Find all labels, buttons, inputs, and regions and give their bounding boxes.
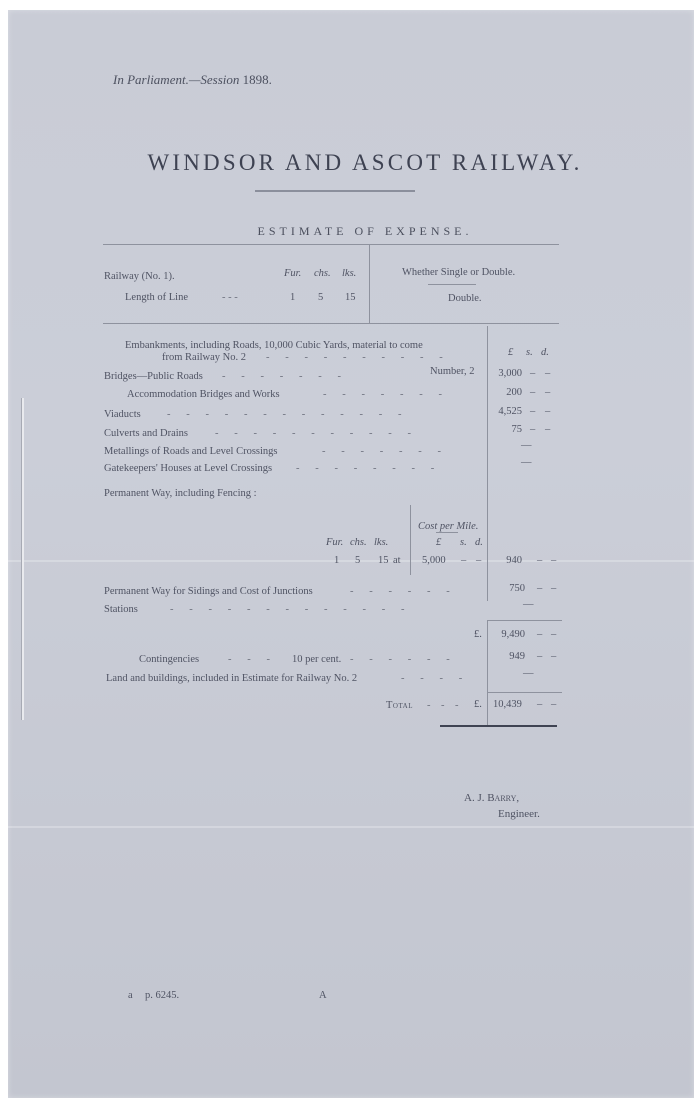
land-label: Land and buildings, included in Estimate… xyxy=(106,673,357,684)
pw-money-shillings: s. xyxy=(460,537,467,548)
item-pence: – xyxy=(545,368,550,379)
leader-dots: - - - - - - - xyxy=(323,389,442,400)
pw-pence: – xyxy=(551,555,556,566)
header-underline xyxy=(428,284,476,285)
pw-length-lks: 15 xyxy=(378,555,389,566)
pw-shillings: – xyxy=(537,555,542,566)
item-label: Permanent Way for Sidings and Cost of Ju… xyxy=(104,586,313,597)
leader-dots: - - - xyxy=(427,700,459,711)
col-header-chs: chs. xyxy=(314,268,331,279)
cost-per-mile-value: 5,000 xyxy=(422,555,446,566)
item-note: Number, 2 xyxy=(430,366,475,377)
session-line: In Parliament.—Session 1898. xyxy=(113,72,272,88)
total-shillings: – xyxy=(537,699,542,710)
item-pence: – xyxy=(545,387,550,398)
item-amount-nil: — xyxy=(523,599,534,610)
permanent-way-label: Permanent Way, including Fencing : xyxy=(104,488,257,499)
engineer-name: A. J. Barry, xyxy=(464,792,519,804)
leader-dots: - - - - - - - - - - xyxy=(266,352,443,363)
table-top-rule xyxy=(103,244,559,245)
title-underline xyxy=(255,190,415,192)
pw-money-pence: d. xyxy=(475,537,483,548)
contingencies-shillings: – xyxy=(537,651,542,662)
money-column-divider xyxy=(487,326,488,601)
subtotal-amount: 9,490 xyxy=(490,629,525,640)
col-header-lks: lks. xyxy=(342,268,356,279)
railway-block-divider xyxy=(369,245,370,323)
land-amount-nil: — xyxy=(523,668,534,679)
leader-dots: - - - xyxy=(222,292,238,303)
leader-dots: - - - - - - - - - - - - - xyxy=(167,409,401,420)
pw-length-fur: 1 xyxy=(334,555,339,566)
money-header-shillings: s. xyxy=(526,347,533,358)
cost-header-underline xyxy=(436,532,458,533)
pw-col-chs: chs. xyxy=(350,537,367,548)
length-of-line-label: Length of Line xyxy=(125,292,188,303)
item-amount: 4,525 xyxy=(490,406,522,417)
cost-per-mile-header: Cost per Mile. xyxy=(418,521,478,532)
contingencies-pence: – xyxy=(551,651,556,662)
item-label: Bridges—Public Roads xyxy=(104,371,203,382)
cost-shillings: – xyxy=(461,555,466,566)
money-header-pounds: £ xyxy=(508,347,513,358)
item-label: Metallings of Roads and Level Crossings xyxy=(104,446,278,457)
item-label: Gatekeepers' Houses at Level Crossings xyxy=(104,463,272,474)
railway-label: Railway (No. 1). xyxy=(104,271,175,282)
item-label: Viaducts xyxy=(104,409,141,420)
pw-amount: 940 xyxy=(490,555,522,566)
item-amount-nil: — xyxy=(521,457,532,468)
pw-money-pounds: £ xyxy=(436,537,441,548)
length-lks: 15 xyxy=(345,292,356,303)
total-label: Total xyxy=(386,700,413,711)
pw-length-chs: 5 xyxy=(355,555,360,566)
item-amount-nil: — xyxy=(521,440,532,451)
session-year: 1898. xyxy=(243,72,272,87)
session-prefix: In Parliament.—Session xyxy=(113,72,239,87)
subtotal-shillings: – xyxy=(537,629,542,640)
pw-at: at xyxy=(393,555,401,566)
item-shillings: – xyxy=(530,368,535,379)
item-label-cont: from Railway No. 2 xyxy=(162,352,246,363)
item-shillings: – xyxy=(530,406,535,417)
total-rule xyxy=(488,692,562,693)
item-label: Embankments, including Roads, 10,000 Cub… xyxy=(125,340,423,351)
item-pence: – xyxy=(551,583,556,594)
pw-col-lks: lks. xyxy=(374,537,388,548)
money-column-divider-lower xyxy=(487,620,488,725)
total-double-rule xyxy=(440,725,557,727)
total-amount: 10,439 xyxy=(493,699,522,710)
leader-dots: - - - - xyxy=(401,673,462,684)
subtotal-pence: – xyxy=(551,629,556,640)
footer-ref: p. 6245. xyxy=(145,990,179,1001)
leader-dots: - - - - - - - - - - - - - xyxy=(170,604,404,615)
signature-title: Engineer. xyxy=(498,808,540,820)
item-label: Stations xyxy=(104,604,138,615)
item-label: Culverts and Drains xyxy=(104,428,188,439)
leader-dots: - - - - - - - xyxy=(322,446,441,457)
cost-pence: – xyxy=(476,555,481,566)
document-title: WINDSOR AND ASCOT RAILWAY. xyxy=(0,150,700,176)
total-pence: – xyxy=(551,699,556,710)
item-amount: 200 xyxy=(490,387,522,398)
contingencies-amount: 949 xyxy=(490,651,525,662)
leader-dots: - - - - - - xyxy=(350,654,450,665)
length-fur: 1 xyxy=(290,292,295,303)
item-amount: 75 xyxy=(490,424,522,435)
item-shillings: – xyxy=(530,424,535,435)
subtotal-rule xyxy=(488,620,562,621)
item-pence: – xyxy=(545,424,550,435)
money-header-pence: d. xyxy=(541,347,549,358)
signature-name: A. J. Barry, xyxy=(464,792,519,804)
item-pence: – xyxy=(545,406,550,417)
col-header-fur: Fur. xyxy=(284,268,301,279)
footer-sheet-signature: A xyxy=(319,990,327,1001)
document-subtitle: ESTIMATE OF EXPENSE. xyxy=(0,224,700,239)
railway-block-bottom-rule xyxy=(103,323,559,324)
leader-dots: - - - - - - - - - - - xyxy=(215,428,411,439)
binding-thread xyxy=(21,398,24,720)
item-shillings: – xyxy=(530,387,535,398)
item-shillings: – xyxy=(537,583,542,594)
item-amount: 750 xyxy=(490,583,525,594)
length-chs: 5 xyxy=(318,292,323,303)
contingencies-rate: 10 per cent. xyxy=(292,654,341,665)
single-double-value: Double. xyxy=(448,293,482,304)
paper-fold xyxy=(8,826,694,828)
leader-dots: - - - - - - xyxy=(350,586,450,597)
leader-dots: - - - xyxy=(228,654,270,665)
paper-fold xyxy=(8,560,694,562)
single-double-header: Whether Single or Double. xyxy=(402,267,515,278)
subtotal-currency: £. xyxy=(474,629,482,640)
item-label: Accommodation Bridges and Works xyxy=(127,389,280,400)
leader-dots: - - - - - - - xyxy=(222,371,341,382)
leader-dots: - - - - - - - - xyxy=(296,463,434,474)
footer-ref-letter: a xyxy=(128,990,133,1001)
pw-col-fur: Fur. xyxy=(326,537,343,548)
cost-column-divider xyxy=(410,505,411,575)
item-amount: 3,000 xyxy=(490,368,522,379)
contingencies-label: Contingencies xyxy=(139,654,199,665)
total-currency: £. xyxy=(474,699,482,710)
